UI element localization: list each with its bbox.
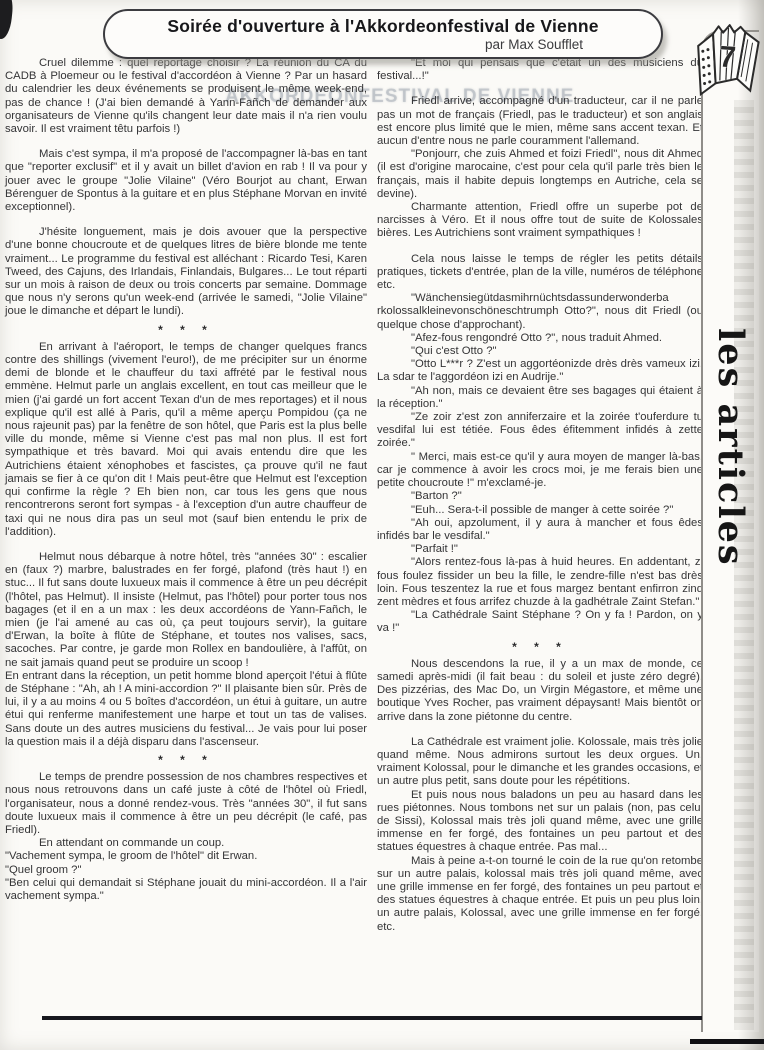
paragraph: "Ponjourr, che zuis Ahmed et foizi Fried… — [377, 148, 703, 201]
article-header-banner: Soirée d'ouverture à l'Akkordeonfestival… — [103, 9, 663, 59]
paragraph: Cela nous laisse le temps de régler les … — [377, 253, 703, 293]
page-number: 7 — [718, 40, 737, 74]
sidebar-section-label: les articles — [710, 328, 751, 728]
paragraph: "Quel groom ?" — [5, 864, 367, 877]
paragraph: "Ah oui, apzolument, il y aura à mancher… — [377, 517, 703, 543]
paragraph: "Alors rentez-fous là-pas à huid heures.… — [377, 556, 703, 609]
paragraph: Mais c'est sympa, il m'a proposé de l'ac… — [5, 148, 367, 214]
paragraph: En entrant dans la réception, un petit h… — [5, 670, 367, 749]
accordion-icon: 7 — [691, 18, 763, 110]
paragraph: Friedl arrive, accompagné d'un traducteu… — [377, 95, 703, 148]
paragraph: Cruel dilemme : quel reportage choisir ?… — [5, 57, 367, 136]
paragraph: "Otto L***r ? Z'est un aggortéonizde drè… — [377, 358, 703, 384]
paragraph: "Wänchensiegütdasmihrnüchtsdassunderwond… — [377, 292, 703, 332]
bottom-rule-right — [690, 1039, 764, 1044]
article-column-left: Cruel dilemme : quel reportage choisir ?… — [5, 57, 367, 903]
paragraph: "La Cathédrale Saint Stéphane ? On y fa … — [377, 609, 703, 635]
paragraph: "Ben celui qui demandait si Stéphane jou… — [5, 877, 367, 903]
section-separator: * * * — [5, 324, 367, 337]
article-column-right: "Et moi qui pensais que c'était un des m… — [377, 57, 703, 934]
paragraph: La Cathédrale est vraiment jolie. Koloss… — [377, 736, 703, 789]
scan-artifact-smudge — [0, 0, 14, 40]
paragraph: En attendant on commande un coup. — [5, 837, 367, 850]
paragraph: Nous descendons la rue, il y a un max de… — [377, 658, 703, 724]
paragraph: "Parfait !" — [377, 543, 703, 556]
scanned-page: AKKORDEONFESTIVAL DE VIENNE Soirée d'ouv… — [0, 0, 764, 1050]
paragraph: Helmut nous débarque à notre hôtel, très… — [5, 551, 367, 670]
paragraph: "Qui c'est Otto ?" — [377, 345, 703, 358]
paragraph: Charmante attention, Friedl offre un sup… — [377, 201, 703, 241]
paragraph: "Ah non, mais ce devaient être ses bagag… — [377, 385, 703, 411]
article-title: Soirée d'ouverture à l'Akkordeonfestival… — [115, 16, 651, 37]
paragraph: Mais à peine a-t-on tourné le coin de la… — [377, 855, 703, 934]
paragraph: "Euh... Sera-t-il possible de manger à c… — [377, 504, 703, 517]
paragraph: "Barton ?" — [377, 490, 703, 503]
section-separator: * * * — [5, 754, 367, 767]
section-separator: * * * — [377, 641, 703, 654]
paragraph: En arrivant à l'aéroport, le temps de ch… — [5, 341, 367, 539]
paragraph: J'hésite longuement, mais je dois avouer… — [5, 226, 367, 318]
article-byline: par Max Soufflet — [105, 37, 583, 52]
paragraph: "Vachement sympa, le groom de l'hôtel" d… — [5, 850, 367, 863]
paragraph: Et puis nous nous baladons un peu au has… — [377, 789, 703, 855]
paragraph: Le temps de prendre possession de nos ch… — [5, 771, 367, 837]
paragraph: "Et moi qui pensais que c'était un des m… — [377, 57, 703, 83]
paragraph: " Merci, mais est-ce qu'il y aura moyen … — [377, 451, 703, 491]
paragraph: "Ze zoir z'est zon anniferzaire et la zo… — [377, 411, 703, 451]
paragraph: "Afez-fous rengondré Otto ?", nous tradu… — [377, 332, 703, 345]
bottom-rule — [42, 1016, 702, 1020]
